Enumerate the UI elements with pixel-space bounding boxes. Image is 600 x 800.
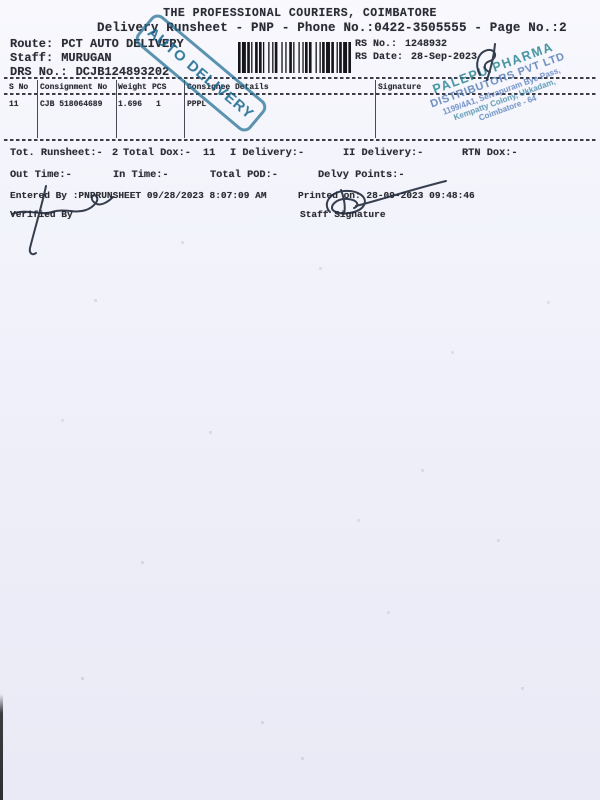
scan-noise [0, 0, 1, 1]
staff-signature [356, 181, 446, 206]
staff-signature [341, 190, 345, 214]
verified-by-signature [12, 195, 113, 214]
scanned-delivery-runsheet: THE PROFESSIONAL COURIERS, COIMBATORE De… [0, 0, 600, 800]
verified-by-signature [30, 186, 46, 254]
signature-scribbles [0, 0, 600, 800]
scan-edge-artifact [0, 694, 3, 800]
staff-signature [327, 191, 365, 214]
